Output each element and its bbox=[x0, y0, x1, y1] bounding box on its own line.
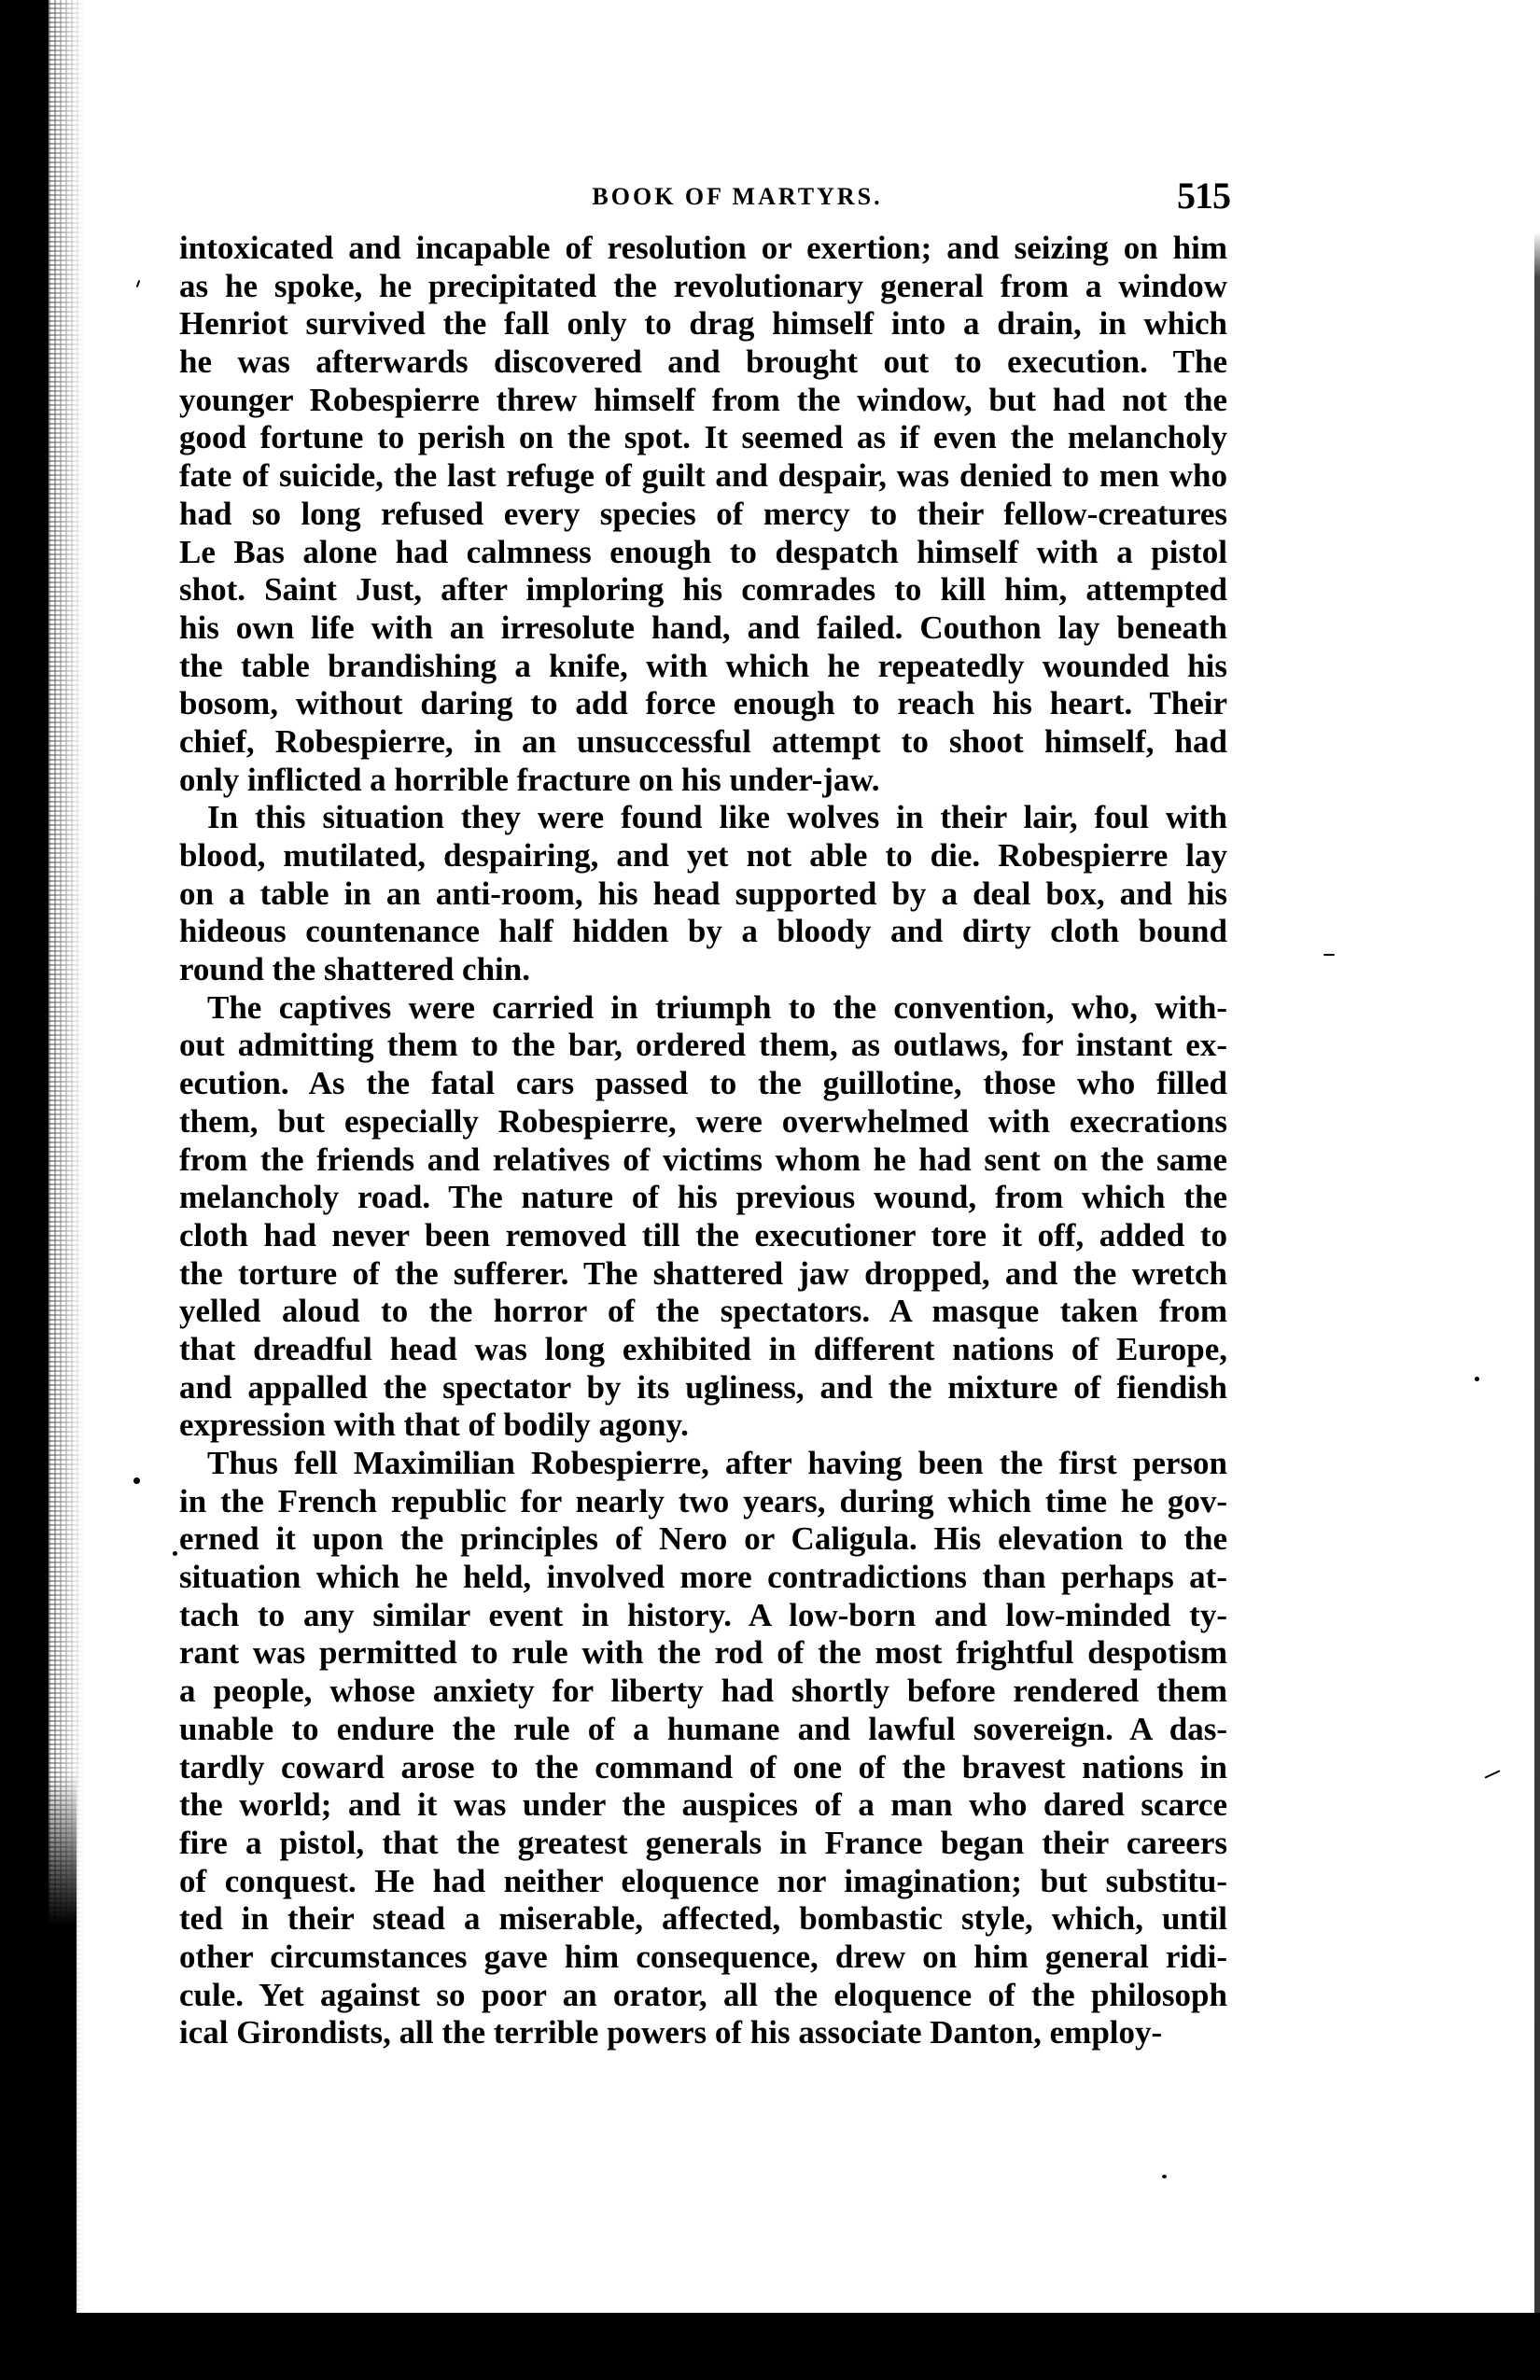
text-line: only inflicted a horrible fracture on hi… bbox=[179, 762, 1227, 800]
text-line: ted in their stead a miserable, affected… bbox=[179, 1900, 1227, 1939]
paragraph: Thus fell Maximilian Robespierre, after … bbox=[179, 1445, 1227, 2052]
text-line: expression with that of bodily agony. bbox=[179, 1407, 1227, 1445]
page-number: 515 bbox=[1174, 174, 1230, 217]
text-line: other circumstances gave him consequence… bbox=[179, 1939, 1227, 1977]
scan-speck bbox=[133, 1477, 140, 1484]
scan-speck bbox=[173, 1551, 177, 1556]
text-line: erned it upon the principles of Nero or … bbox=[179, 1520, 1227, 1559]
text-line: hideous countenance half hidden by a blo… bbox=[179, 913, 1227, 951]
text-line: Henriot survived the fall only to drag h… bbox=[179, 305, 1227, 343]
text-line: shot. Saint Just, after imploring his co… bbox=[179, 571, 1227, 609]
scan-speck bbox=[1323, 954, 1335, 956]
text-line: Le Bas alone had calmness enough to desp… bbox=[179, 534, 1227, 572]
text-line: In this situation they were found like w… bbox=[179, 799, 1227, 837]
body-text: intoxicated and incapable of resolution … bbox=[179, 230, 1227, 2052]
text-line: rant was permitted to rule with the rod … bbox=[179, 1634, 1227, 1673]
text-line: and appalled the spectator by its ugline… bbox=[179, 1369, 1227, 1407]
text-line: the world; and it was under the auspices… bbox=[179, 1786, 1227, 1825]
text-line: from the friends and relatives of victim… bbox=[179, 1141, 1227, 1180]
text-line: his own life with an irresolute hand, an… bbox=[179, 609, 1227, 648]
text-line: situation which he held, involved more c… bbox=[179, 1559, 1227, 1597]
text-line: on a table in an anti-room, his head sup… bbox=[179, 875, 1227, 914]
text-line: ecution. As the fatal cars passed to the… bbox=[179, 1065, 1227, 1103]
paragraph: In this situation they were found like w… bbox=[179, 799, 1227, 988]
text-line: he was afterwards discovered and brought… bbox=[179, 343, 1227, 382]
text-line: ical Girondists, all the terrible powers… bbox=[179, 2014, 1227, 2052]
text-line: good fortune to perish on the spot. It s… bbox=[179, 419, 1227, 457]
page-right-edge bbox=[1534, 0, 1540, 2313]
text-line: blood, mutilated, despairing, and yet no… bbox=[179, 837, 1227, 875]
text-line: chief, Robespierre, in an unsuccessful a… bbox=[179, 723, 1227, 762]
text-line: as he spoke, he precipitated the revolut… bbox=[179, 268, 1227, 306]
scan-speck bbox=[1484, 1770, 1500, 1778]
text-line: melancholy road. The nature of his previ… bbox=[179, 1179, 1227, 1217]
text-line: of conquest. He had neither eloquence no… bbox=[179, 1863, 1227, 1901]
text-line: tach to any similar event in history. A … bbox=[179, 1597, 1227, 1635]
text-line: The captives were carried in triumph to … bbox=[179, 989, 1227, 1028]
scan-speck bbox=[1162, 2175, 1167, 2178]
running-head: BOOK OF MARTYRS. bbox=[523, 183, 952, 211]
text-line: round the shattered chin. bbox=[179, 951, 1227, 989]
text-line: them, but especially Robespierre, were o… bbox=[179, 1103, 1227, 1141]
text-line: cloth had never been removed till the ex… bbox=[179, 1217, 1227, 1255]
text-line: a people, whose anxiety for liberty had … bbox=[179, 1673, 1227, 1711]
text-line: that dreadful head was long exhibited in… bbox=[179, 1331, 1227, 1369]
scan-speck bbox=[1475, 1377, 1479, 1381]
text-line: tardly coward arose to the command of on… bbox=[179, 1749, 1227, 1787]
scan-speck bbox=[136, 280, 141, 287]
text-line: younger Robespierre threw himself from t… bbox=[179, 382, 1227, 420]
text-line: yelled aloud to the horror of the specta… bbox=[179, 1293, 1227, 1331]
text-line: fate of suicide, the last refuge of guil… bbox=[179, 457, 1227, 496]
binding-shadow-bottom bbox=[0, 1773, 77, 2380]
text-line: out admitting them to the bar, ordered t… bbox=[179, 1027, 1227, 1065]
text-line: fire a pistol, that the greatest general… bbox=[179, 1825, 1227, 1863]
text-line: bosom, without daring to add force enoug… bbox=[179, 685, 1227, 723]
paragraph: intoxicated and incapable of resolution … bbox=[179, 230, 1227, 799]
paragraph: The captives were carried in triumph to … bbox=[179, 989, 1227, 1445]
text-line: cule. Yet against so poor an orator, all… bbox=[179, 1977, 1227, 2015]
scan-bottom-border bbox=[0, 2313, 1540, 2380]
text-line: the torture of the sufferer. The shatter… bbox=[179, 1255, 1227, 1294]
text-line: the table brandishing a knife, with whic… bbox=[179, 648, 1227, 686]
text-line: unable to endure the rule of a humane an… bbox=[179, 1711, 1227, 1749]
text-line: in the French republic for nearly two ye… bbox=[179, 1483, 1227, 1521]
text-line: had so long refused every species of mer… bbox=[179, 496, 1227, 534]
text-line: Thus fell Maximilian Robespierre, after … bbox=[179, 1445, 1227, 1483]
text-line: intoxicated and incapable of resolution … bbox=[179, 230, 1227, 268]
